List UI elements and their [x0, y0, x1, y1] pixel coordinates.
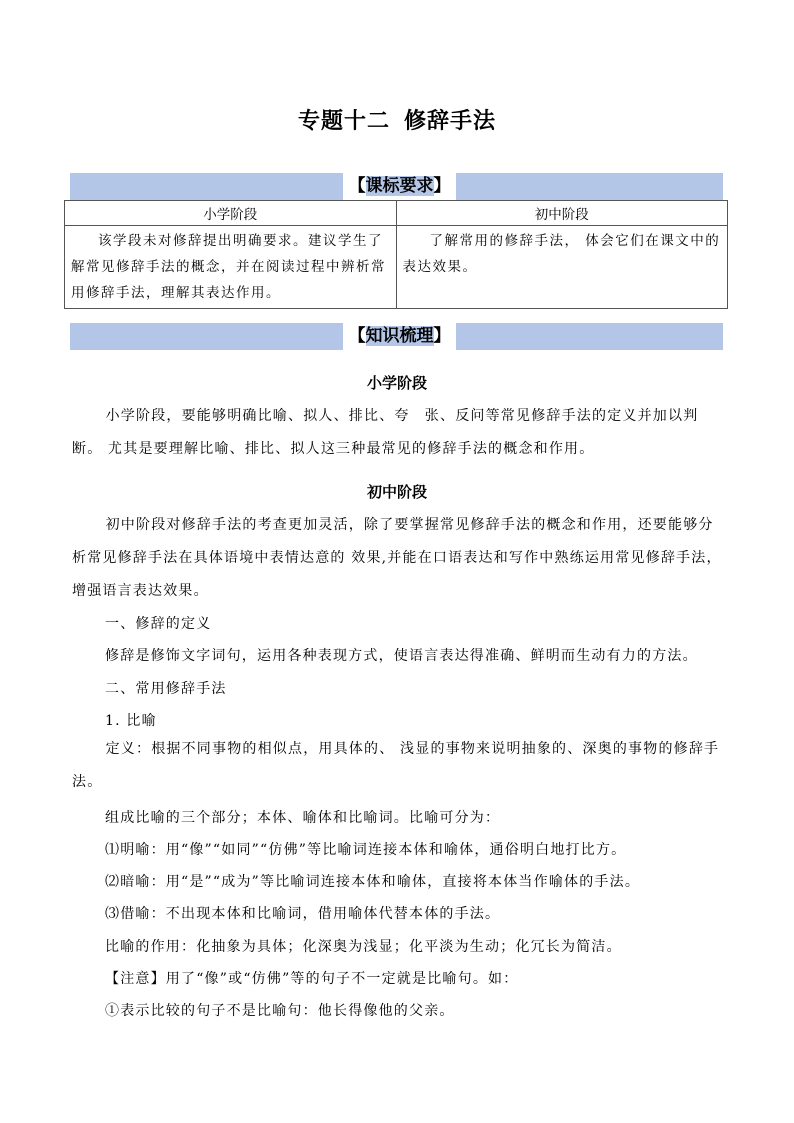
- metaphor-definition: 定义：根据不同事物的相似点，用具体的、 浅显的事物来说明抽象的、深奥的事物的修辞…: [72, 733, 724, 799]
- requirements-table: 小学阶段 初中阶段 该学段未对修辞提出明确要求。建议学生了解常见修辞手法的概念，…: [64, 200, 728, 309]
- section-definition-text: 修辞是修饰文字词句，运用各种表现方式，使语言表达得准确、鲜明而生动有力的方法。: [105, 646, 745, 666]
- banner-requirements-text: 课标要求: [366, 176, 434, 196]
- banner-requirements-label: 【课标要求】: [343, 173, 456, 200]
- header-junior: 初中阶段: [396, 201, 728, 226]
- banner-knowledge-label: 【知识梳理】: [343, 323, 456, 350]
- metaphor-function: 比喻的作用：化抽象为具体；化深奥为浅显；化平淡为生动；化冗长为简洁。: [105, 937, 745, 957]
- page-title: 专题十二修辞手法: [0, 104, 794, 135]
- metaphor-type-implicit: ⑵暗喻：用“是”“成为”等比喻词连接本体和喻体，直接将本体当作喻体的手法。: [105, 872, 745, 892]
- primary-stage-paragraph: 小学阶段，要能够明确比喻、拟人、排比、夸 张、反问等常见修辞手法的定义并加以判断…: [72, 400, 724, 466]
- title-topic-number: 专题十二: [298, 109, 390, 134]
- section-common-devices-title: 二、常用修辞手法: [105, 679, 745, 699]
- junior-stage-paragraph: 初中阶段对修辞手法的考查更加灵活，除了要掌握常见修辞手法的概念和作用，还要能够分…: [72, 509, 724, 608]
- title-topic-name: 修辞手法: [404, 109, 496, 134]
- banner-requirements: 【课标要求】: [70, 173, 723, 200]
- header-primary: 小学阶段: [65, 201, 397, 226]
- table-header-row: 小学阶段 初中阶段: [65, 201, 728, 226]
- metaphor-note-example-1: ①表示比较的句子不是比喻句：他长得像他的父亲。: [105, 1001, 745, 1021]
- banner-knowledge-text: 知识梳理: [366, 326, 434, 346]
- cell-junior-requirement: 了解常用的修辞手法， 体会它们在课文中的表达效果。: [396, 226, 728, 309]
- section-definition-title: 一、修辞的定义: [105, 614, 745, 634]
- metaphor-type-simile: ⑴明喻：用“像”“如同”“仿佛”等比喻词连接本体和喻体，通俗明白地打比方。: [105, 840, 745, 860]
- heading-primary-stage: 小学阶段: [0, 372, 794, 393]
- metaphor-parts: 组成比喻的三个部分；本体、喻体和比喻词。比喻可分为：: [105, 808, 745, 828]
- metaphor-type-borrowed: ⑶借喻：不出现本体和比喻词，借用喻体代替本体的手法。: [105, 904, 745, 924]
- banner-knowledge: 【知识梳理】: [70, 323, 723, 350]
- item-metaphor-title: 1. 比喻: [105, 711, 745, 731]
- metaphor-note: 【注意】用了“像”或“仿佛”等的句子不一定就是比喻句。如：: [105, 969, 745, 989]
- heading-junior-stage: 初中阶段: [0, 481, 794, 502]
- cell-primary-requirement: 该学段未对修辞提出明确要求。建议学生了解常见修辞手法的概念，并在阅读过程中辨析常…: [65, 226, 397, 309]
- table-row: 该学段未对修辞提出明确要求。建议学生了解常见修辞手法的概念，并在阅读过程中辨析常…: [65, 226, 728, 309]
